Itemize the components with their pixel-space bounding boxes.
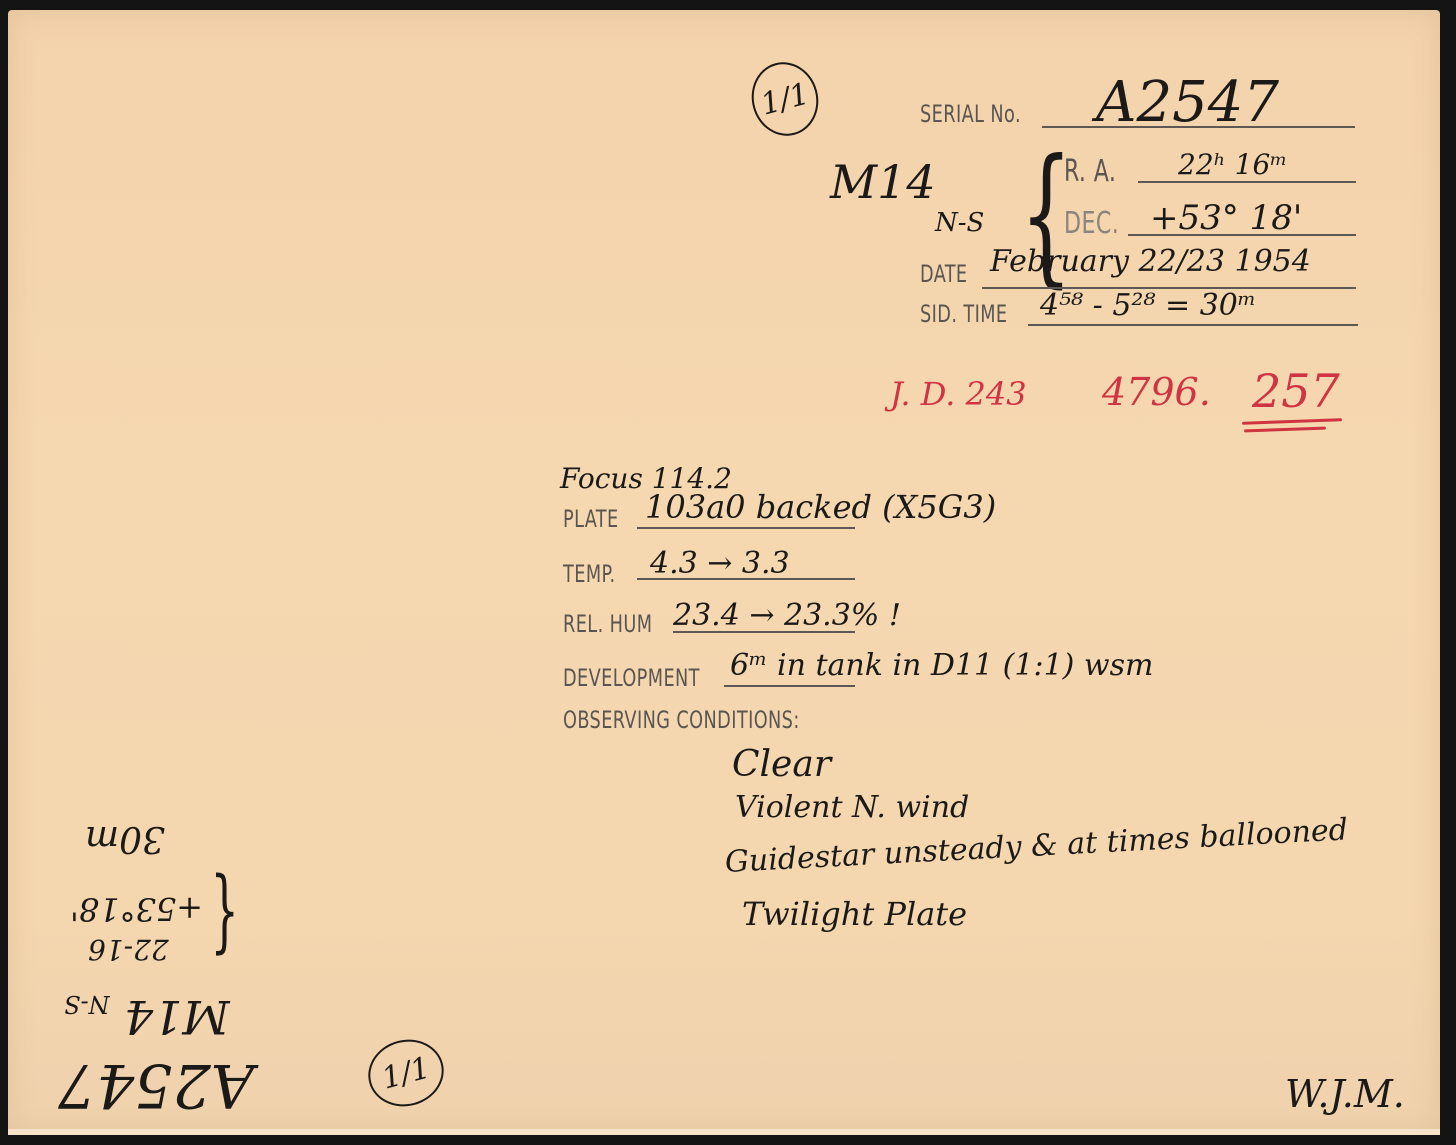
development-label: DEVELOPMENT	[563, 664, 700, 692]
inverted-brace: {	[210, 865, 239, 970]
condition-line: Twilight Plate	[742, 895, 967, 933]
sid-time-label: SID. TIME	[920, 300, 1008, 328]
ra-label: R. A.	[1064, 154, 1116, 189]
dec-value: +53° 18'	[1150, 198, 1302, 238]
condition-line: Violent N. wind	[735, 790, 969, 825]
plate-label: PLATE	[563, 505, 619, 533]
inverted-hemisphere: N-S	[64, 990, 110, 1018]
hemisphere-mark: N-S	[935, 208, 984, 238]
temp-label: TEMP.	[563, 560, 616, 588]
sid-time-line	[1028, 324, 1358, 326]
envelope-edge	[8, 1129, 1440, 1135]
julian-date-fraction: 257	[1252, 364, 1340, 418]
rel-hum-value: 23.4 → 23.3% !	[673, 598, 901, 633]
julian-date-value: 4796.	[1102, 370, 1211, 414]
plate-count-mark: 1/1	[757, 76, 813, 122]
inverted-ra: 22-16	[88, 933, 169, 966]
development-value: 6ᵐ in tank in D11 (1:1) wsm	[730, 648, 1153, 683]
date-label: DATE	[920, 260, 968, 288]
observing-conditions-label: OBSERVING CONDITIONS:	[563, 706, 800, 734]
dec-label: DEC.	[1064, 206, 1119, 241]
ra-line	[1138, 181, 1356, 183]
date-value: February 22/23 1954	[990, 244, 1311, 279]
plate-value: 103a0 backed (X5G3)	[645, 488, 996, 526]
julian-date-prefix: J. D. 243	[890, 375, 1027, 413]
object-name: M14	[830, 155, 936, 209]
sid-time-value: 4⁵⁸ - 5²⁸ = 30ᵐ	[1040, 288, 1256, 323]
inverted-serial: A2547	[58, 1050, 254, 1120]
inverted-dec: +53°18'	[70, 890, 203, 928]
inverted-object: M14	[124, 990, 230, 1044]
serial-label: SERIAL No.	[920, 100, 1021, 128]
condition-line: Clear	[732, 744, 831, 785]
plate-count-mark: 1/1	[378, 1050, 434, 1096]
rel-hum-label: REL. HUM	[563, 610, 652, 638]
plate-line	[637, 527, 855, 529]
observer-initials: W.J.M.	[1285, 1072, 1405, 1116]
inverted-exposure: 30m	[85, 818, 165, 859]
development-line	[724, 685, 855, 687]
ra-value: 22ʰ 16ᵐ	[1178, 148, 1287, 181]
serial-value: A2547	[1096, 70, 1279, 135]
temp-value: 4.3 → 3.3	[650, 546, 790, 581]
